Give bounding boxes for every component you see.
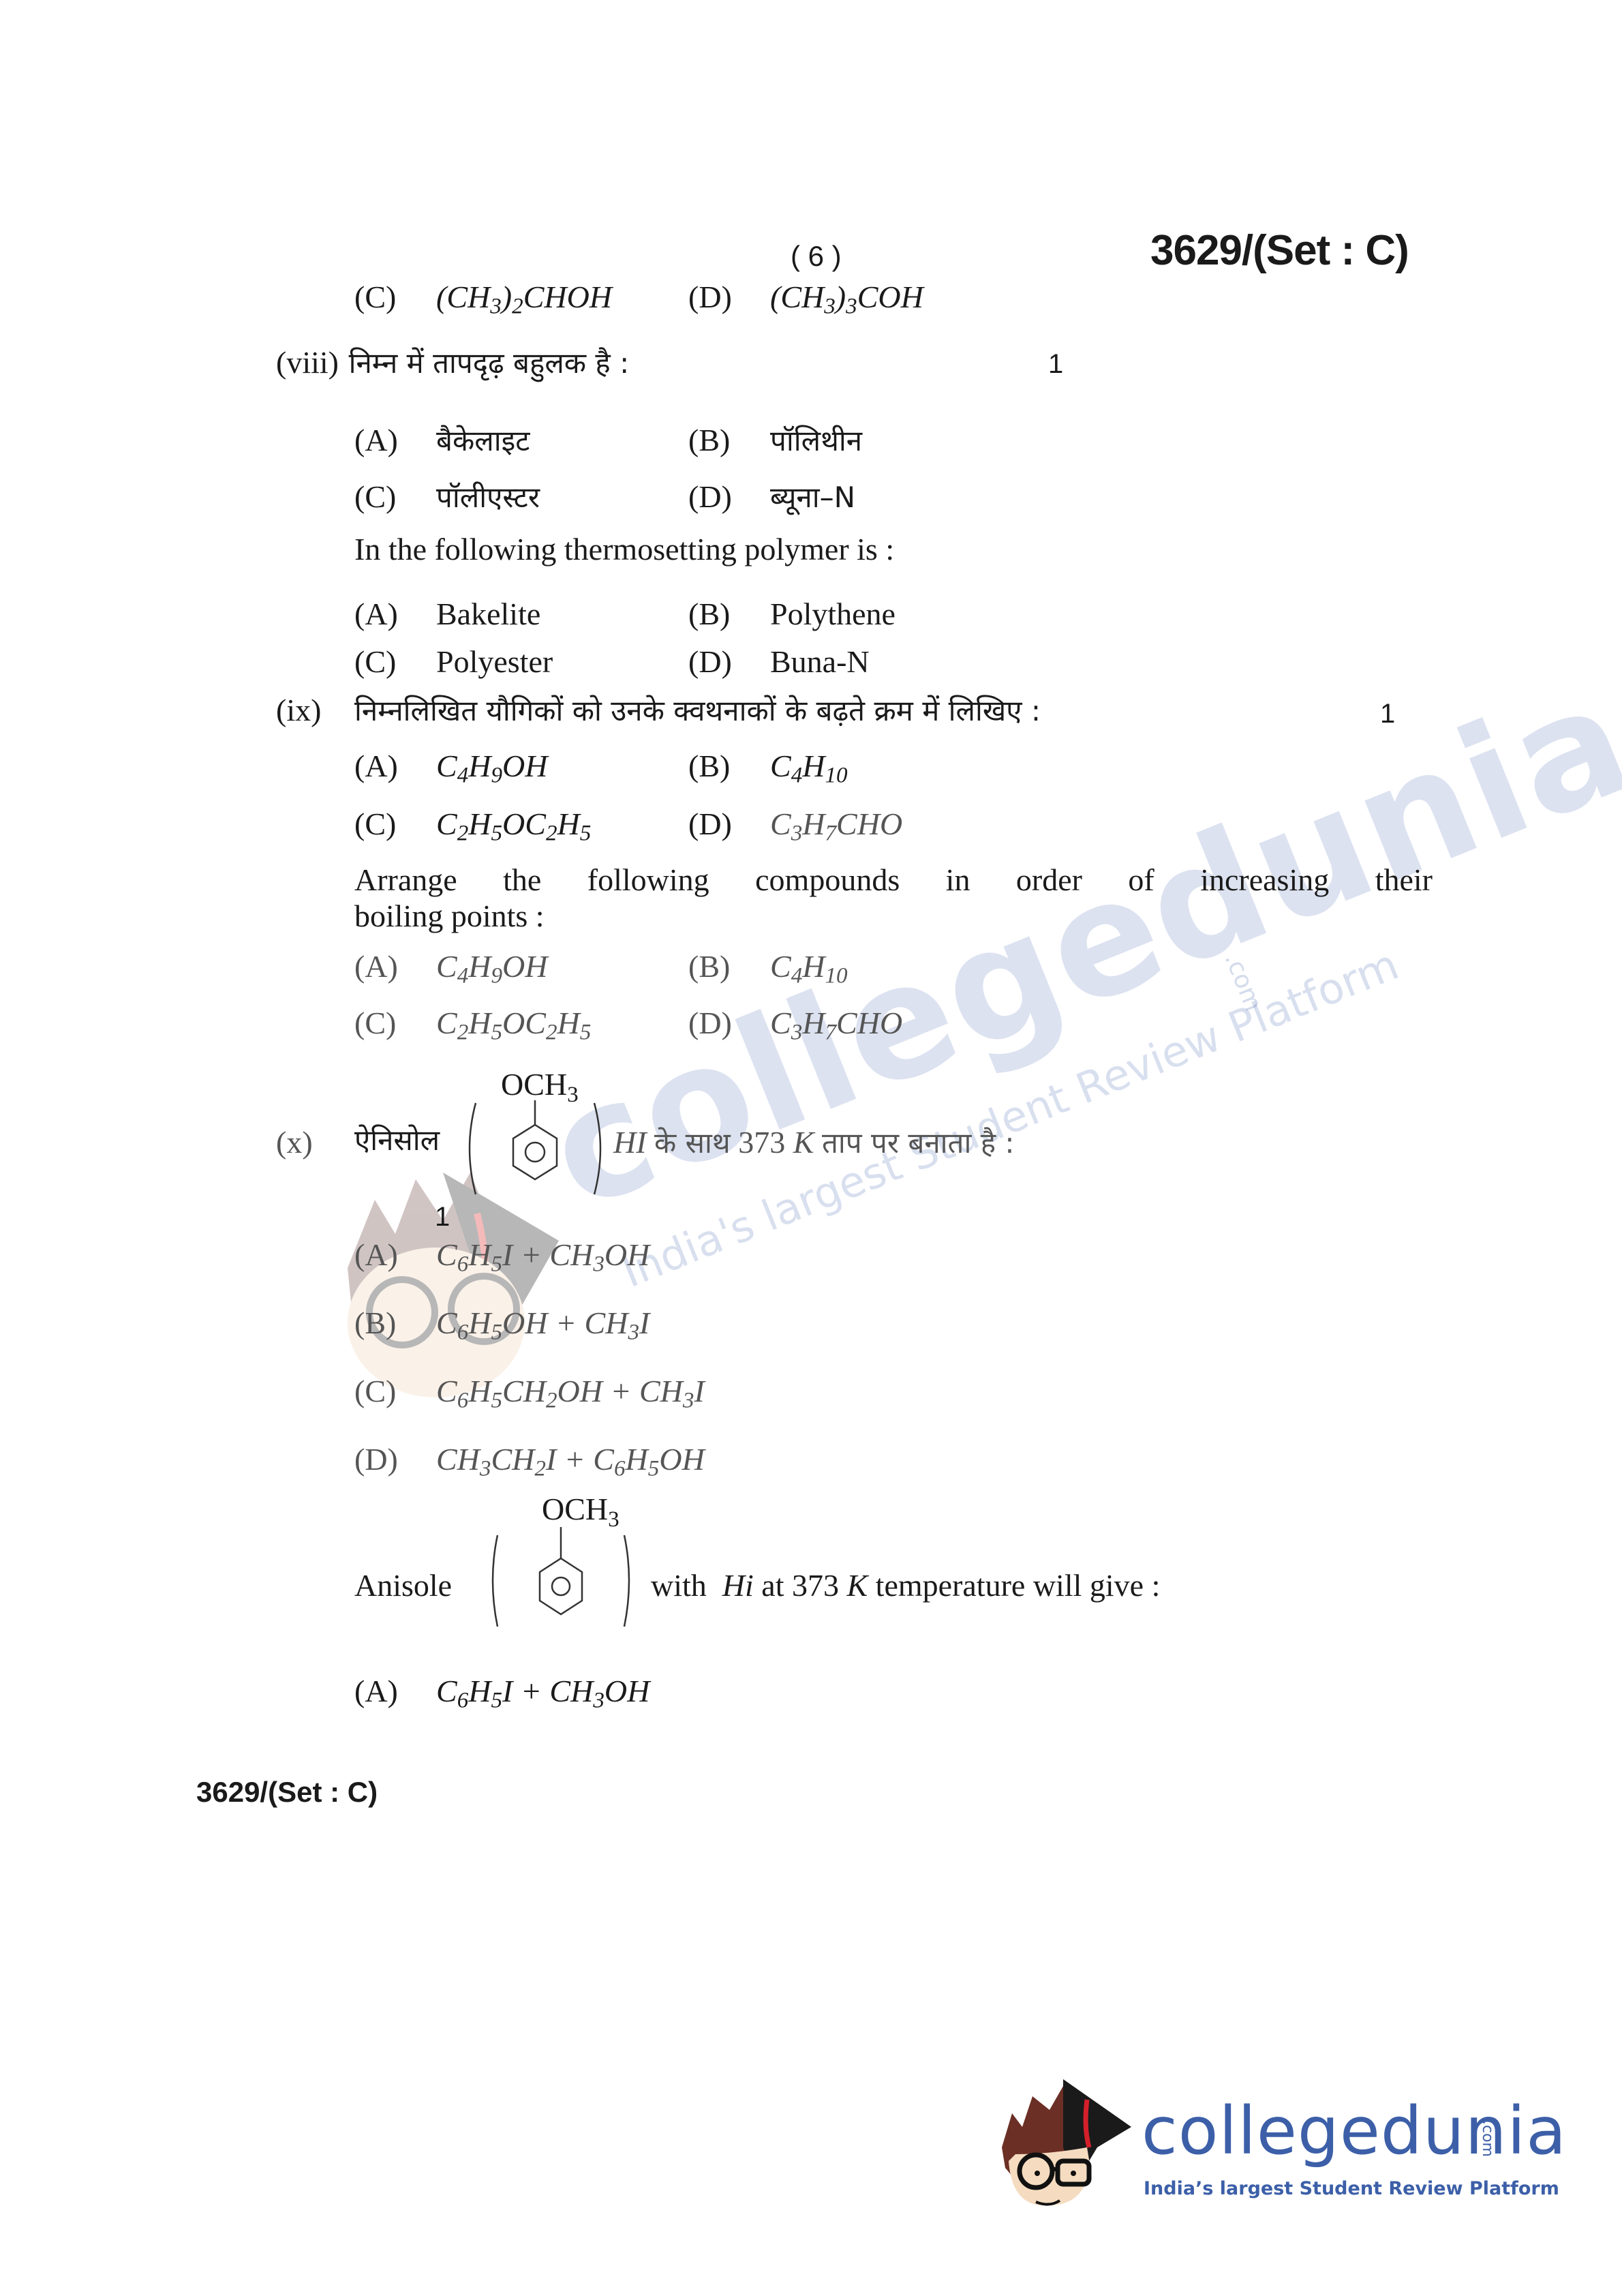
option-formula: C4H9OH: [436, 749, 688, 788]
prev-question-options: (C)(CH3)2CHOH(D)(CH3)3COH: [354, 280, 923, 319]
english-text: at 373: [761, 1568, 839, 1603]
question-text-line: boiling points :: [354, 898, 1433, 935]
option-label: (C): [354, 644, 436, 680]
option-formula: C6H5OH + CH3I: [436, 1305, 649, 1340]
question-marks: 1: [435, 1202, 450, 1233]
option-row: (B)C6H5OH + CH3I: [354, 1305, 705, 1374]
hindi-text: के साथ: [654, 1126, 731, 1160]
option-formula: (CH3)2CHOH: [436, 280, 688, 319]
option-label: (D): [688, 644, 770, 680]
q10-english-options: (A)C6H5I + CH3OH: [354, 1674, 649, 1713]
option-formula: C6H5I + CH3OH: [436, 1237, 649, 1272]
logo-domain: .com: [1479, 2120, 1496, 2157]
option-label: (D): [354, 1442, 436, 1478]
option-label: (D): [688, 280, 770, 316]
option-formula: C4H9OH: [436, 949, 688, 988]
option-text: बैकेलाइट: [436, 425, 688, 457]
anisole-name-hindi: ऐनिसोल: [354, 1123, 440, 1157]
option-label: (C): [354, 1374, 436, 1410]
page-number: ( 6 ): [791, 240, 842, 273]
question-text-line: Arrange the following compounds in order…: [354, 862, 1433, 898]
logo-brand: collegedunia: [1142, 2098, 1567, 2164]
option-formula: C3H7CHO: [770, 1006, 902, 1040]
options-english-row-1: (A)Bakelite(B)Polythene: [354, 596, 896, 633]
option-label: (D): [688, 479, 770, 515]
option-label: (D): [688, 1006, 770, 1042]
option-label: (A): [354, 1237, 436, 1273]
question-text-english: with Hi at 373 K temperature will give :: [651, 1568, 1160, 1604]
question-text-hindi: निम्न में तापदृढ़ बहुलक है :: [349, 346, 630, 380]
option-formula: C2H5OC2H5: [436, 1006, 688, 1045]
options-english-row-2: (C)Polyester(D)Buna-N: [354, 644, 870, 680]
option-label: (C): [354, 479, 436, 515]
option-label: (B): [354, 1305, 436, 1342]
option-label: (C): [354, 806, 436, 843]
option-text: Buna-N: [770, 644, 870, 679]
option-row: (A)C6H5I + CH3OH: [354, 1237, 705, 1305]
temperature-unit: K: [846, 1568, 868, 1603]
option-formula: C6H5I + CH3OH: [436, 1674, 649, 1708]
anisole-english-label: Anisole: [354, 1568, 452, 1604]
option-formula: C4H10: [770, 749, 848, 783]
options-english-row-2: (C)C2H5OC2H5(D)C3H7CHO: [354, 1006, 902, 1045]
option-label: (C): [354, 280, 436, 316]
option-text: पॉलीएस्टर: [436, 481, 688, 514]
hindi-text: ताप पर बनाता है :: [822, 1126, 1015, 1160]
question-text-hindi: निम्नलिखित यौगिकों को उनके क्वथनाकों के …: [354, 694, 1041, 727]
reagent: Hi: [722, 1568, 754, 1603]
question-number: (x): [276, 1125, 313, 1161]
option-formula: C3H7CHO: [770, 806, 902, 841]
watermark-tagline: India's largest Student Review Platform: [615, 939, 1405, 1297]
substituent-text: OCH: [501, 1067, 567, 1102]
option-label: (A): [354, 949, 436, 985]
option-formula: CH3CH2I + C6H5OH: [436, 1442, 705, 1477]
option-row: (D)CH3CH2I + C6H5OH: [354, 1442, 705, 1510]
question-marks: 1: [1380, 699, 1395, 729]
logo-tagline: India’s largest Student Review Platform: [1144, 2178, 1559, 2199]
option-label: (B): [688, 596, 770, 633]
option-formula: (CH3)3COH: [770, 280, 923, 314]
benzene-ring-icon: [463, 1098, 607, 1200]
option-text: पॉलिथीन: [770, 424, 862, 457]
temperature-unit: K: [793, 1125, 814, 1160]
question-marks: 1: [1048, 349, 1063, 380]
question-text-english: Arrange the following compounds in order…: [354, 862, 1433, 935]
option-label: (B): [688, 749, 770, 785]
option-label: (C): [354, 1006, 436, 1042]
reagent: HI: [613, 1125, 647, 1160]
watermark-domain: .com: [1219, 949, 1268, 1015]
question-viii: (viii) निम्न में तापदृढ़ बहुलक है :: [276, 344, 629, 381]
option-formula: C2H5OC2H5: [436, 806, 688, 846]
option-formula: C4H10: [770, 949, 848, 984]
options-hindi-row-2: (C)पॉलीएस्टर(D)ब्यूना–N: [354, 479, 855, 515]
option-text: Polyester: [436, 644, 688, 680]
question-number: (viii): [276, 345, 339, 380]
english-text: with: [651, 1568, 707, 1603]
question-text-hindi: HI के साथ 373 K ताप पर बनाता है :: [613, 1125, 1015, 1161]
options-hindi-row-2: (C)C2H5OC2H5(D)C3H7CHO: [354, 806, 902, 846]
option-text: Polythene: [770, 596, 896, 631]
question-ix: (ix)निम्नलिखित यौगिकों को उनके क्वथनाकों…: [276, 692, 1041, 729]
benzene-ring-icon: [489, 1526, 632, 1635]
option-text: ब्यूना–N: [770, 481, 855, 514]
option-label: (B): [688, 423, 770, 459]
option-label: (A): [354, 749, 436, 785]
options-english-row-1: (A)C4H9OH(B)C4H10: [354, 949, 848, 988]
q10-options: (A)C6H5I + CH3OH (B)C6H5OH + CH3I (C)C6H…: [354, 1237, 705, 1510]
anisole-hindi-label: ऐनिसोल: [354, 1121, 440, 1158]
substituent-text: OCH: [542, 1492, 608, 1526]
question-text-english: In the following thermosetting polymer i…: [354, 532, 894, 568]
option-label: (A): [354, 596, 436, 633]
temperature: 373: [738, 1125, 785, 1160]
option-label: (A): [354, 1674, 436, 1710]
option-label: (A): [354, 423, 436, 459]
option-label: (B): [688, 949, 770, 985]
paper-code-footer: 3629/(Set : C): [196, 1776, 378, 1809]
english-text: temperature will give :: [876, 1568, 1161, 1603]
option-label: (D): [688, 806, 770, 843]
option-text: Bakelite: [436, 596, 688, 633]
mascot-icon: [995, 2072, 1131, 2209]
option-formula: C6H5CH2OH + CH3I: [436, 1374, 705, 1408]
options-hindi-row-1: (A)बैकेलाइट(B)पॉलिथीन: [354, 423, 862, 459]
question-number: (ix): [276, 693, 354, 729]
paper-code-header: 3629/(Set : C): [1150, 226, 1409, 275]
options-hindi-row-1: (A)C4H9OH(B)C4H10: [354, 749, 848, 788]
option-row: (C)C6H5CH2OH + CH3I: [354, 1374, 705, 1442]
collegedunia-logo[interactable]: collegedunia .com India’s largest Studen…: [995, 2072, 1527, 2209]
